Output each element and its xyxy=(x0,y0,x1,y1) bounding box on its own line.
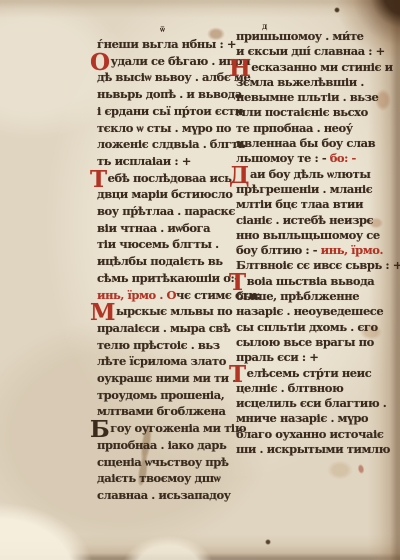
manuscript-line: пралаієси . мыра свѣ xyxy=(97,320,237,337)
text-segment: ѓнеши вьгла нб́ны : + xyxy=(97,37,236,51)
rubricated-initial: Т xyxy=(229,269,246,296)
text-segment: ньвьрь допѣ . и вьвода xyxy=(97,87,242,101)
manuscript-line: оукрашє ними ми ти . xyxy=(97,370,237,387)
text-segment: сылою вьсе врагы по xyxy=(236,335,374,349)
text-segment: те прпобнаа . неоу́ xyxy=(236,121,353,135)
manuscript-line: троудомь прошеніа, xyxy=(97,387,237,404)
text-segment: прѣгрешеніи . мланіє xyxy=(236,182,372,196)
manuscript-line: ицѣлбы подаієть вь xyxy=(97,253,237,270)
text-segment: славнаа . исьзападоу xyxy=(97,488,231,502)
text-segment: и єксыи дш́ славнаа : + xyxy=(236,44,385,58)
manuscript-line: Блтвноіє сє ивсє сьврь : + xyxy=(236,258,384,273)
manuscript-line: і єрдани сьї пр́тои єсти xyxy=(97,103,237,120)
marginal-superscript: ѿ xyxy=(160,24,165,34)
manuscript-line: воу пр́ѣтлаа . параскє xyxy=(97,203,237,220)
manuscript-line: ть исплаіаи : + xyxy=(97,153,237,170)
manuscript-line: тіи чюсемь блгты . xyxy=(97,236,237,253)
text-segment: воіа шьствіа вьвода xyxy=(247,274,375,288)
text-segment: пришьшомоу . ми́те xyxy=(236,29,364,43)
text-segment: исцелиль єси благтию . xyxy=(236,396,386,410)
manuscript-line: те прпобнаа . неоу́ xyxy=(236,121,384,136)
text-segment: ложеніє слдвьіа . блгть xyxy=(97,137,245,151)
manuscript-line: прѣгрешеніи . мланіє xyxy=(236,182,384,197)
manuscript-line: сіаніє . истебѣ неизрє xyxy=(236,213,384,228)
manuscript-line: мли постаієніє вьсхо xyxy=(236,105,384,120)
manuscript-line: сылою вьсе врагы по xyxy=(236,335,384,350)
manuscript-line: мниче назаріє . мүро xyxy=(236,411,384,426)
text-segment: даієть твоємоу дшѡ xyxy=(97,471,220,485)
text-segment: мниче назаріє . мүро xyxy=(236,411,368,425)
manuscript-line: назаріє . неоуведешесе xyxy=(236,304,384,319)
text-segment: бо: - xyxy=(330,151,356,165)
manuscript-line: тєкло ѡ сты . мүро по xyxy=(97,120,237,137)
text-segment: сщеніа ѡчьствоу прѣ xyxy=(97,455,229,469)
manuscript-line: исцелиль єси благтию . xyxy=(236,396,384,411)
text-segment: боу блтию : - xyxy=(236,243,321,257)
manuscript-line: прпобнаа . іако дарь xyxy=(97,437,237,454)
text-segment: праль єси : + xyxy=(236,350,318,364)
red-ink-stain xyxy=(355,461,368,477)
text-segment: прпобнаа . іако дарь xyxy=(97,438,226,452)
manuscript-line: віи чтнаа . иѡбога xyxy=(97,220,237,237)
manuscript-line: Даи боу дѣль ѡлюты xyxy=(236,167,384,182)
manuscript-line: инь, їрмо . Очє стимє сти: xyxy=(97,287,237,304)
text-segment: быше, прѣблженне xyxy=(236,289,359,303)
text-segment: ицѣлбы подаієть вь xyxy=(97,254,223,268)
text-segment: елѣсемь стр́ти неис xyxy=(247,366,372,380)
text-segment: сѣмь притѣкаюшіи о:- xyxy=(97,271,239,285)
text-segment: оукрашє ними ми ти . xyxy=(97,371,236,385)
manuscript-line: невымне пльтіи . вьзе xyxy=(236,90,384,105)
text-segment: зємла вьжелѣвшіи . xyxy=(236,75,364,89)
text-segment: сы спльтіи дхомь . єго xyxy=(236,320,378,334)
text-segment: млтвами бгоблжена xyxy=(97,404,226,418)
manuscript-line: двци маріи бстиюсло xyxy=(97,186,237,203)
manuscript-line: даієть твоємоу дшѡ xyxy=(97,470,237,487)
manuscript-line: пришьшомоу . ми́те xyxy=(236,29,384,44)
text-segment: сіаніє . истебѣ неизрє xyxy=(236,213,373,227)
text-segment: ивленнаа бы боу слав xyxy=(236,136,375,150)
text-segment: гоу оугоженіа ми тію xyxy=(110,421,246,435)
text-segment: двци маріи бстиюсло xyxy=(97,187,232,201)
manuscript-line: ложеніє слдвьіа . блгть xyxy=(97,136,237,153)
text-segment: тєкло ѡ сты . мүро по xyxy=(97,121,231,135)
text-segment: целніє . блтвною xyxy=(236,381,343,395)
manuscript-line: лѣте їсрилома злато xyxy=(97,353,237,370)
rubricated-initial: Д xyxy=(229,162,249,189)
manuscript-line: нно вьпльщьшомоу се xyxy=(236,228,384,243)
manuscript-line: Мырскыє мльвы по xyxy=(97,303,237,320)
manuscript-line: зємла вьжелѣвшіи . xyxy=(236,75,384,90)
manuscript-line: целніє . блтвною xyxy=(236,381,384,396)
manuscript-line: ѓнеши вьгла нб́ны : + xyxy=(97,36,237,53)
manuscript-line: боу блтию : - инь, їрмо. xyxy=(236,243,384,258)
manuscript-line: Телѣсемь стр́ти неис xyxy=(236,366,384,381)
manuscript-line: Тебѣ послѣдоваа ись xyxy=(97,170,237,187)
manuscript-line: Несказанно ми стиніє и xyxy=(236,60,384,75)
text-segment: віи чтнаа . иѡбога xyxy=(97,221,210,235)
text-segment: невымне пльтіи . вьзе xyxy=(236,90,378,104)
manuscript-line: млтвами бгоблжена xyxy=(97,403,237,420)
manuscript-page: ѓнеши вьгла нб́ны : +Оудали се бѣгаю . и… xyxy=(0,0,400,560)
manuscript-line: ньвьрь допѣ . и вьвода xyxy=(97,86,237,103)
manuscript-line: Бгоу оугоженіа ми тію xyxy=(97,420,237,437)
rubricated-initial: Б xyxy=(90,416,109,443)
manuscript-line: сы спльтіи дхомь . єго xyxy=(236,320,384,335)
text-segment: і єрдани сьї пр́тои єсти xyxy=(97,104,243,118)
manuscript-line: Твоіа шьствіа вьвода xyxy=(236,274,384,289)
text-segment: пралаієси . мыра свѣ xyxy=(97,321,230,335)
manuscript-line: сщеніа ѡчьствоу прѣ xyxy=(97,454,237,471)
text-segment: благо оуханно источаіє xyxy=(236,427,383,441)
text-segment: лѣте їсрилома злато xyxy=(97,354,226,368)
text-segment: воу пр́ѣтлаа . параскє xyxy=(97,204,235,218)
text-segment: есказанно ми стиніє и xyxy=(251,60,392,74)
text-segment: ырскыє мльвы по xyxy=(116,304,232,318)
rubricated-initial: М xyxy=(90,299,115,326)
manuscript-column-right: пришьшомоу . ми́теи єксыи дш́ славнаа : … xyxy=(236,29,384,457)
manuscript-line: праль єси : + xyxy=(236,350,384,365)
text-segment: аи боу дѣль ѡлюты xyxy=(250,167,370,181)
text-segment: дѣ высіѡ вьвоу . албє ме xyxy=(97,70,250,84)
manuscript-line: млтіи бцє тлаа втии xyxy=(236,197,384,212)
rubricated-initial: Т xyxy=(229,361,246,388)
text-segment: ши . искрытыми тимлю xyxy=(236,442,390,456)
manuscript-line: Оудали се бѣгаю . ипри xyxy=(97,53,237,70)
marginal-superscript: д xyxy=(262,21,267,31)
text-segment: инь, їрмо. xyxy=(321,243,383,257)
text-segment: льшомоу те : - xyxy=(236,151,330,165)
text-segment: тіи чюсемь блгты . xyxy=(97,237,219,251)
manuscript-line: телю прѣстоіє . вьз xyxy=(97,337,237,354)
text-segment: телю прѣстоіє . вьз xyxy=(97,338,220,352)
manuscript-line: славнаа . исьзападоу xyxy=(97,487,237,504)
rubricated-initial: Н xyxy=(229,55,250,82)
manuscript-line: ши . искрытыми тимлю xyxy=(236,442,384,457)
manuscript-line: льшомоу те : - бо: - xyxy=(236,151,384,166)
text-segment: млтіи бцє тлаа втии xyxy=(236,197,363,211)
text-segment: троудомь прошеніа, xyxy=(97,388,224,402)
rubricated-initial: Т xyxy=(90,166,107,193)
manuscript-column-left: ѓнеши вьгла нб́ны : +Оудали се бѣгаю . и… xyxy=(97,36,237,504)
text-segment: нно вьпльщьшомоу се xyxy=(236,228,380,242)
text-segment: ть исплаіаи : + xyxy=(97,154,191,168)
rubricated-initial: О xyxy=(90,49,110,76)
manuscript-line: и єксыи дш́ славнаа : + xyxy=(236,44,384,59)
manuscript-line: быше, прѣблженне xyxy=(236,289,384,304)
text-segment: мли постаієніє вьсхо xyxy=(236,105,368,119)
text-segment: назаріє . неоуведешесе xyxy=(236,304,383,318)
text-segment: ебѣ послѣдоваа ись xyxy=(108,171,232,185)
manuscript-line: ивленнаа бы боу слав xyxy=(236,136,384,151)
manuscript-line: дѣ высіѡ вьвоу . албє ме xyxy=(97,69,237,86)
text-segment: Блтвноіє сє ивсє сьврь : + xyxy=(236,258,400,272)
manuscript-line: сѣмь притѣкаюшіи о:- xyxy=(97,270,237,287)
manuscript-line: благо оуханно источаіє xyxy=(236,427,384,442)
